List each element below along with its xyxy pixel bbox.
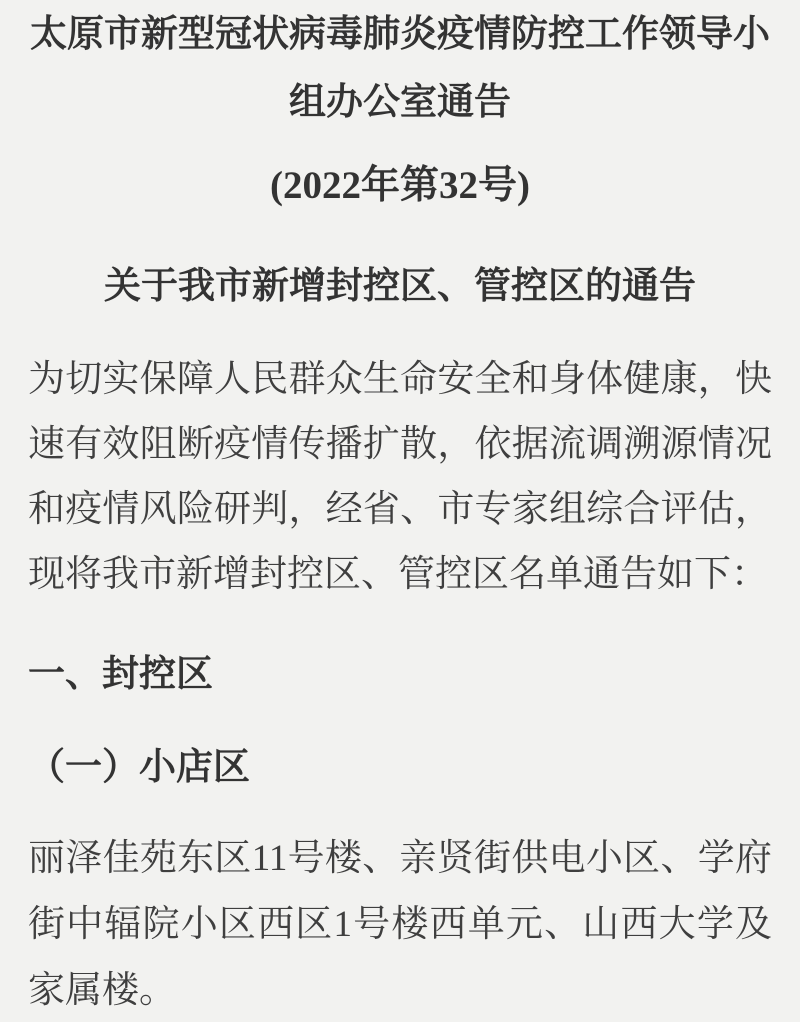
intro-paragraph: 为切实保障人民群众生命安全和身体健康，快速有效阻断疫情传播扩散，依据流调溯源情况… bbox=[28, 346, 772, 606]
fengkong-area-list: 丽泽佳苑东区11号楼、亲贤街供电小区、学府街中辐院小区西区1号楼西单元、山西大学… bbox=[28, 825, 772, 1022]
notice-document: 太原市新型冠状病毒肺炎疫情防控工作领导小组办公室通告 (2022年第32号) 关… bbox=[0, 0, 800, 1022]
section-heading-fengkongqu: 一、封控区 bbox=[28, 652, 772, 696]
doc-subject-heading: 关于我市新增封控区、管控区的通告 bbox=[28, 264, 772, 308]
doc-issue-number: (2022年第32号) bbox=[28, 164, 772, 208]
subsection-heading-xiaodianqu: （一）小店区 bbox=[28, 745, 772, 789]
doc-title: 太原市新型冠状病毒肺炎疫情防控工作领导小组办公室通告 bbox=[28, 0, 772, 136]
